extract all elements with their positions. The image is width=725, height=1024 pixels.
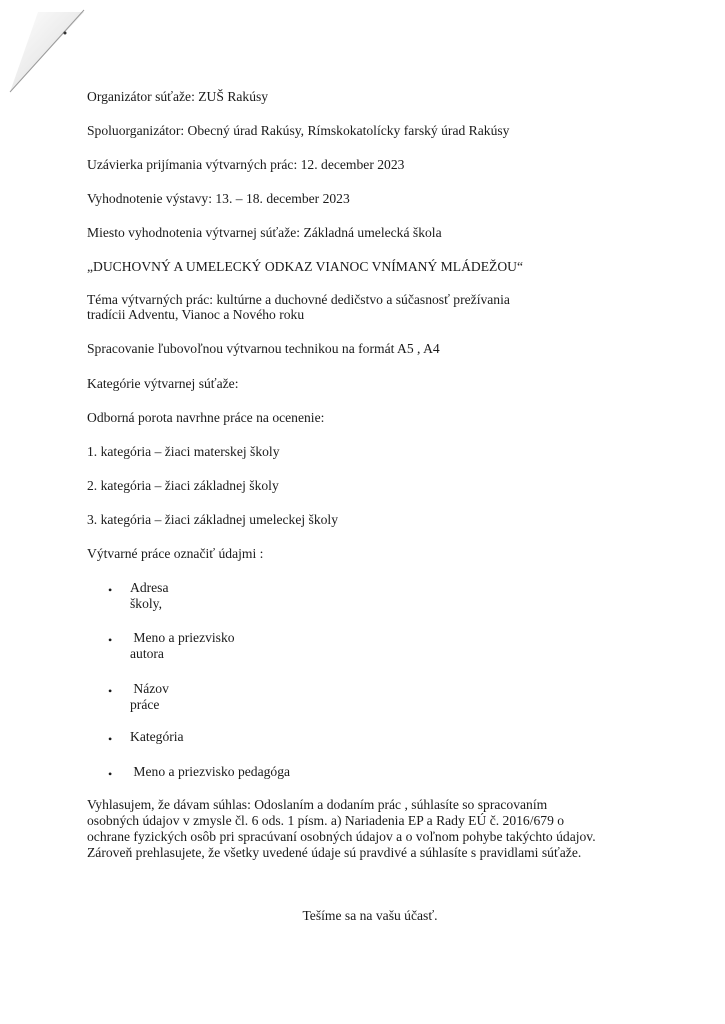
co-organizer-line: Spoluorganizátor: Obecný úrad Rakúsy, Rí… <box>87 123 509 139</box>
label-item-cont: školy, <box>130 596 162 612</box>
theme-line-1: Téma výtvarných prác: kultúrne a duchovn… <box>87 292 510 308</box>
category-item: 1. kategória – žiaci materskej školy <box>87 444 280 460</box>
bullet-icon: • <box>108 767 112 782</box>
label-item-cont: autora <box>130 646 164 662</box>
technique-line: Spracovanie ľubovoľnou výtvarnou technik… <box>87 341 440 357</box>
label-heading: Výtvarné práce označiť údajmi : <box>87 546 263 562</box>
jury-line: Odborná porota navrhne práce na ocenenie… <box>87 410 324 426</box>
category-item: 2. kategória – žiaci základnej školy <box>87 478 279 494</box>
consent-line: osobných údajov v zmysle čl. 6 ods. 1 pí… <box>87 813 564 829</box>
category-item: 3. kategória – žiaci základnej umeleckej… <box>87 512 338 528</box>
closing-line: Tešíme sa na vašu účasť. <box>0 908 725 924</box>
label-item: Meno a priezvisko pedagóga <box>130 764 290 780</box>
deadline-line: Uzávierka prijímania výtvarných prác: 12… <box>87 157 404 173</box>
competition-title: „DUCHOVNÝ A UMELECKÝ ODKAZ VIANOC VNÍMAN… <box>87 259 523 275</box>
evaluation-line: Vyhodnotenie výstavy: 13. – 18. december… <box>87 191 350 207</box>
label-item: Názov <box>130 681 169 697</box>
consent-line: ochrane fyzických osôb pri spracúvaní os… <box>87 829 596 845</box>
theme-line-2: tradícii Adventu, Vianoc a Nového roku <box>87 307 304 323</box>
categories-heading: Kategórie výtvarnej súťaže: <box>87 376 239 392</box>
page-fold-corner <box>0 0 90 100</box>
venue-line: Miesto vyhodnotenia výtvarnej súťaže: Zá… <box>87 225 442 241</box>
label-item: Kategória <box>130 729 184 745</box>
label-item: Adresa <box>130 580 169 596</box>
bullet-icon: • <box>108 732 112 747</box>
bullet-icon: • <box>108 633 112 648</box>
bullet-icon: • <box>108 583 112 598</box>
label-item: Meno a priezvisko <box>130 630 235 646</box>
consent-line: Vyhlasujem, že dávam súhlas: Odoslaním a… <box>87 797 547 813</box>
consent-line: Zároveň prehlasujete, že všetky uvedené … <box>87 845 581 861</box>
bullet-icon: • <box>108 684 112 699</box>
label-item-cont: práce <box>130 697 159 713</box>
organizer-line: Organizátor súťaže: ZUŠ Rakúsy <box>87 89 268 105</box>
